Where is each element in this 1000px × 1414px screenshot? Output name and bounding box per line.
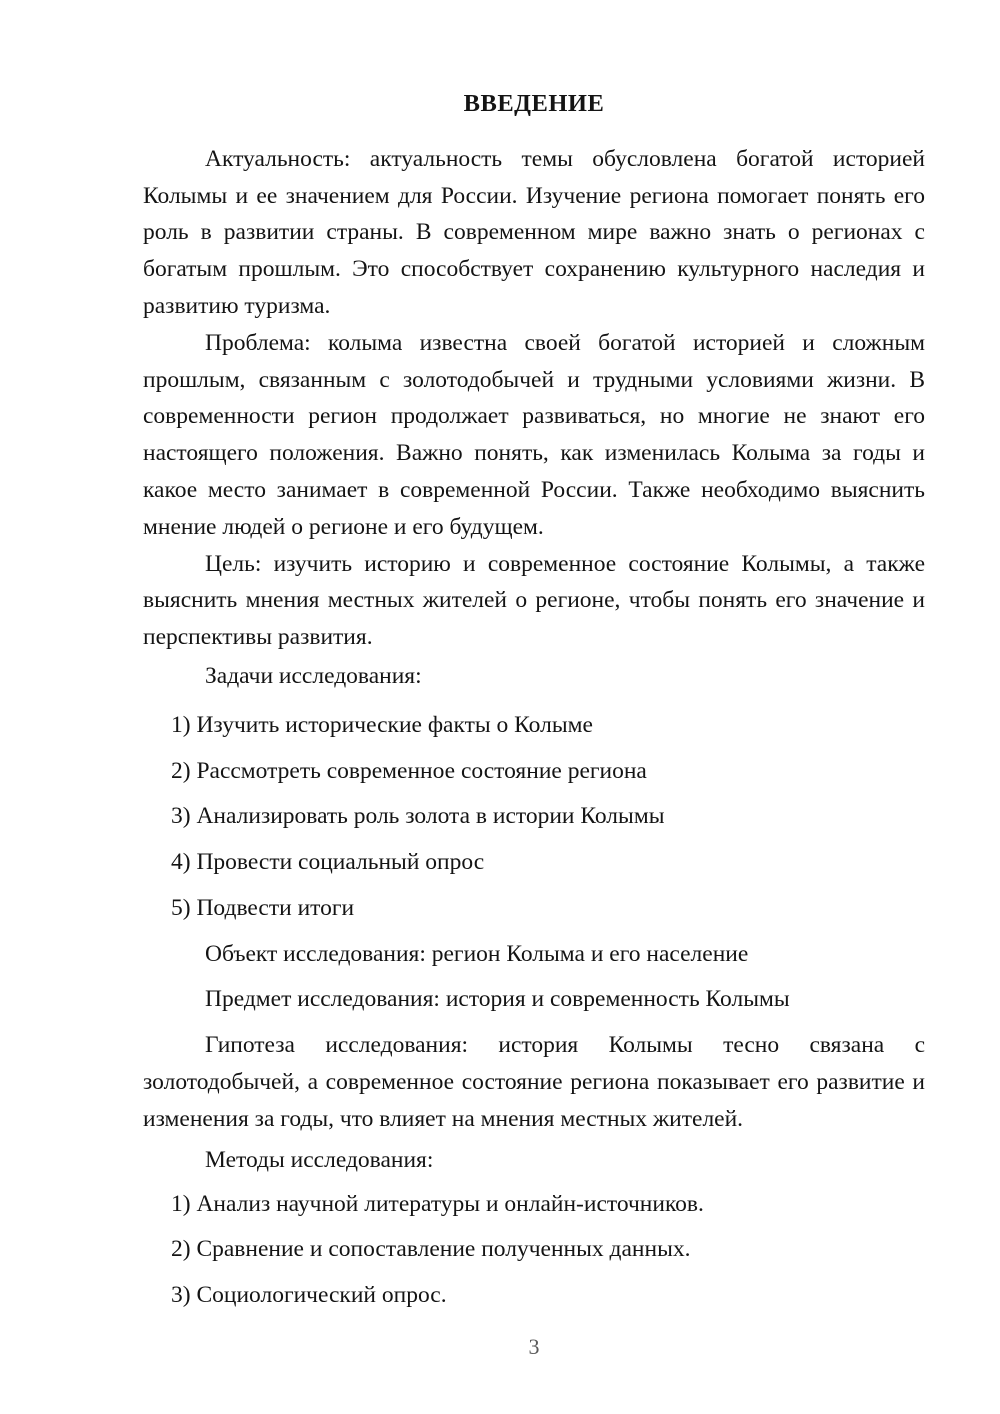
- task-item: 3) Анализировать роль золота в истории К…: [171, 798, 925, 835]
- page-number: 3: [143, 1329, 925, 1366]
- page-title: ВВЕДЕНИЕ: [143, 86, 925, 123]
- task-item: 2) Рассмотреть современное состояние рег…: [171, 753, 925, 790]
- methods-heading: Методы исследования:: [143, 1142, 925, 1179]
- method-item: 1) Анализ научной литературы и онлайн-ис…: [171, 1186, 925, 1223]
- hypothesis-paragraph: Гипотеза исследования: история Колымы те…: [143, 1027, 925, 1137]
- task-item: 5) Подвести итоги: [171, 890, 925, 927]
- method-item: 3) Социологический опрос.: [171, 1277, 925, 1314]
- tasks-heading: Задачи исследования:: [143, 658, 925, 695]
- task-item: 4) Провести социальный опрос: [171, 844, 925, 881]
- paragraph-problem: Проблема: колыма известна своей богатой …: [143, 325, 925, 546]
- method-item: 2) Сравнение и сопоставление полученных …: [171, 1231, 925, 1268]
- paragraph-goal: Цель: изучить историю и современное сост…: [143, 546, 925, 656]
- paragraph-relevance: Актуальность: актуальность темы обусловл…: [143, 141, 925, 325]
- subject-of-research-line: Предмет исследования: история и современ…: [143, 981, 925, 1018]
- object-of-research-line: Объект исследования: регион Колыма и его…: [143, 936, 925, 973]
- task-item: 1) Изучить исторические факты о Колыме: [171, 707, 925, 744]
- document-page: ВВЕДЕНИЕ Актуальность: актуальность темы…: [0, 0, 1000, 1414]
